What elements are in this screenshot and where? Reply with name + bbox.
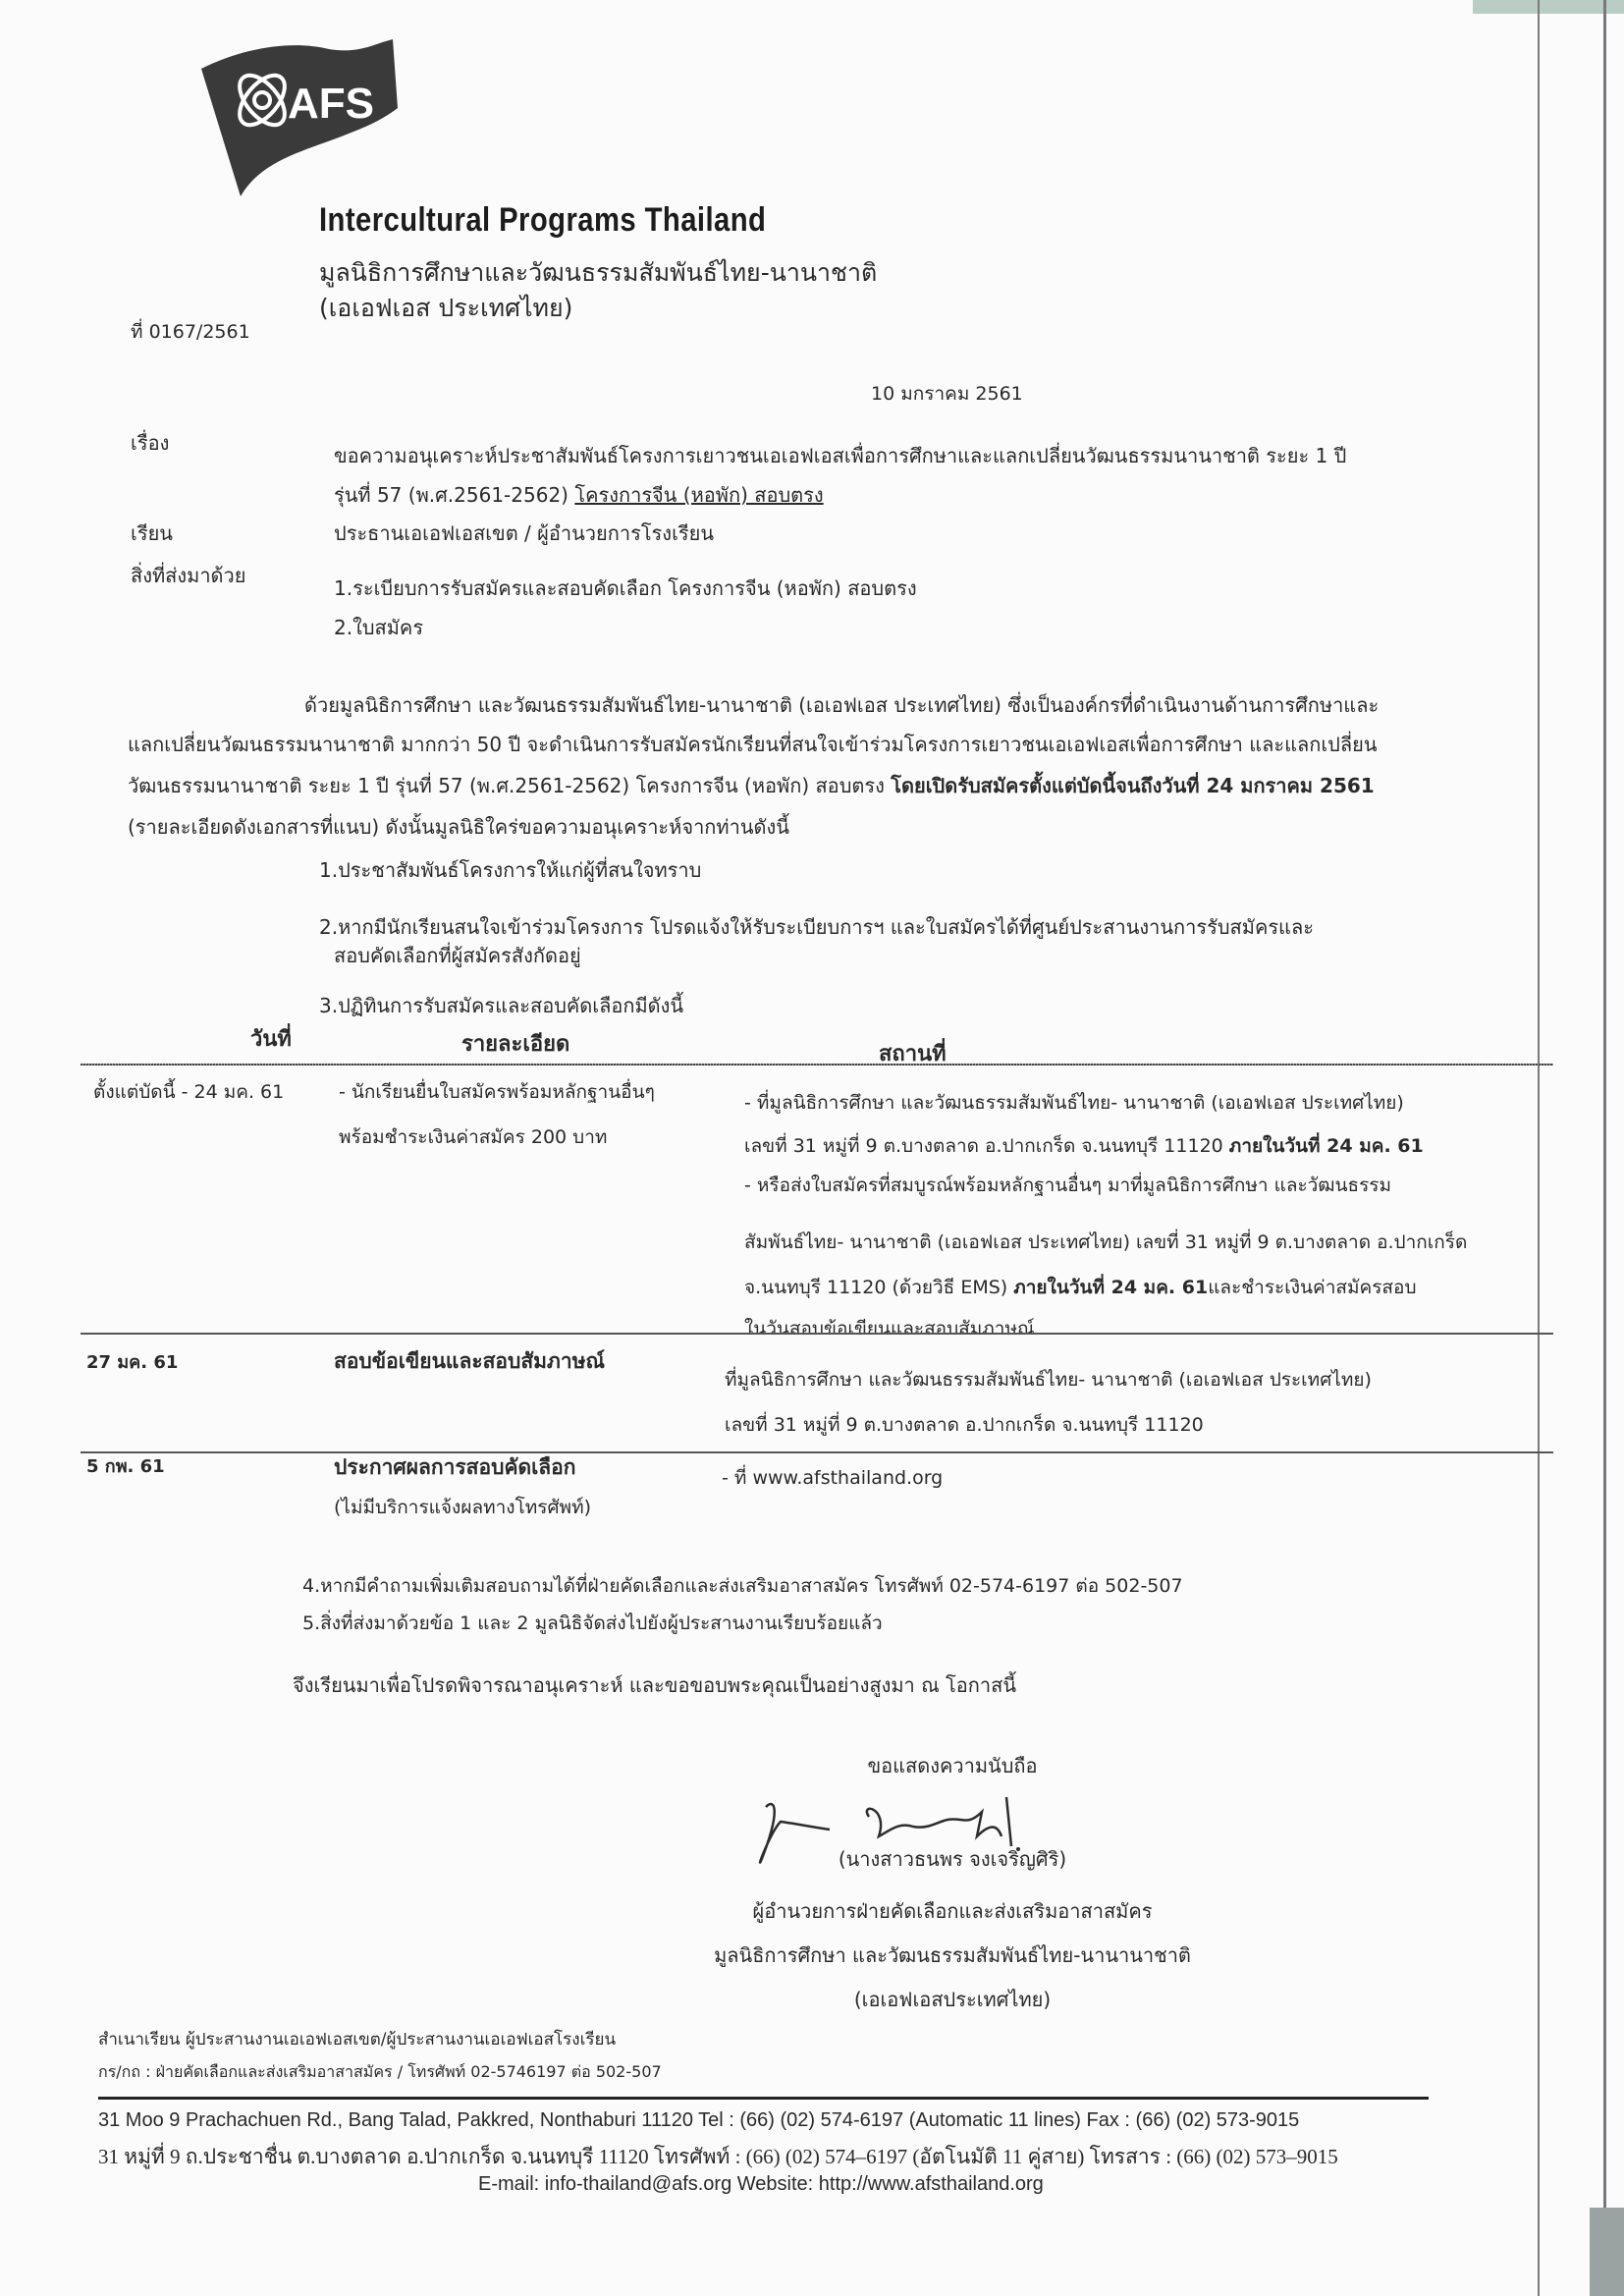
row-detail: - นักเรียนยื่นใบสมัครพร้อมหลักฐานอื่นๆ [339, 1077, 655, 1107]
body-line: แลกเปลี่ยนวัฒนธรรมนานาชาติ มากกว่า 50 ปี… [128, 729, 1378, 760]
signer-title: ผู้อำนวยการฝ่ายคัดเลือกและส่งเสริมอาสาสม… [589, 1895, 1316, 1927]
carbon-copy: สำเนาเรียน ผู้ประสานงานเอเอฟเอสเขต/ผู้ปร… [98, 2026, 616, 2052]
request-item: 2.หากมีนักเรียนสนใจเข้าร่วมโครงการ โปรดแ… [319, 911, 1314, 943]
to-value: ประธานเอเอฟเอสเขต / ผู้อำนวยการโรงเรียน [334, 518, 714, 549]
footer-address-en: 31 Moo 9 Prachachuen Rd., Bang Talad, Pa… [98, 2109, 1299, 2132]
scan-artifact-edge [1590, 2208, 1624, 2296]
row-date: 5 กพ. 61 [86, 1451, 165, 1480]
scan-artifact-band [1473, 0, 1624, 14]
request-item: 3.ปฏิทินการรับสมัครและสอบคัดเลือกมีดังนี… [319, 990, 683, 1021]
table-header-detail: รายละเอียด [461, 1026, 569, 1061]
row-place: สัมพันธ์ไทย- นานาชาติ (เอเอฟเอส ประเทศไท… [744, 1228, 1467, 1257]
table-divider [81, 1333, 1553, 1335]
row-place: - หรือส่งใบสมัครที่สมบูรณ์พร้อมหลักฐานอื… [744, 1171, 1391, 1200]
reference-number: ที่ 0167/2561 [131, 317, 250, 347]
body-line: วัฒนธรรมนานาชาติ ระยะ 1 ปี รุ่นที่ 57 (พ… [128, 770, 1375, 801]
row-place: เลขที่ 31 หมู่ที่ 9 ต.บางตลาด อ.ปากเกร็ด… [744, 1131, 1424, 1161]
deadline-highlight: โดยเปิดรับสมัครตั้งแต่บัดนี้จนถึงวันที่ … [891, 774, 1374, 797]
svg-text:AFS: AFS [288, 80, 374, 128]
row-place: - ที่มูลนิธิการศึกษา และวัฒนธรรมสัมพันธ์… [744, 1088, 1404, 1118]
department-contact: กร/กถ : ฝ่ายคัดเลือกและส่งเสริมอาสาสมัคร… [98, 2060, 662, 2085]
enclosure-item: 1.ระเบียบการรับสมัครและสอบคัดเลือก โครงก… [334, 573, 917, 604]
closing-note: 5.สิ่งที่ส่งมาด้วยข้อ 1 และ 2 มูลนิธิจัด… [302, 1609, 883, 1638]
request-item: 1.ประชาสัมพันธ์โครงการให้แก่ผู้ที่สนใจทร… [319, 854, 701, 886]
row-detail: ประกาศผลการสอบคัดเลือก [334, 1451, 576, 1484]
scan-artifact-line [1603, 0, 1606, 2239]
footer-divider [98, 2097, 1429, 2100]
org-name-th-short: (เอเอฟเอส ประเทศไทย) [319, 289, 572, 328]
to-label: เรียน [131, 518, 173, 549]
signer-org: มูลนิธิการศึกษา และวัฒนธรรมสัมพันธ์ไทย-น… [589, 1940, 1316, 1971]
afs-flag-logo: AFS [201, 29, 398, 196]
closing-regards: ขอแสดงความนับถือ [687, 1750, 1218, 1781]
email-link[interactable]: info-thailand@afs.org [545, 2173, 731, 2195]
subject-label: เรื่อง [131, 427, 169, 459]
project-name: โครงการจีน (หอพัก) สอบตรง [574, 483, 823, 507]
subject-line-2: รุ่นที่ 57 (พ.ศ.2561-2562) โครงการจีน (ห… [334, 479, 824, 511]
row-detail: (ไม่มีบริการแจ้งผลทางโทรศัพท์) [334, 1493, 591, 1522]
footer-address-th: 31 หมู่ที่ 9 ถ.ประชาชื่น ต.บางตลาด อ.ปาก… [98, 2141, 1338, 2173]
website-link[interactable]: http://www.afsthailand.org [819, 2173, 1044, 2195]
row-place-link[interactable]: - ที่ www.afsthailand.org [722, 1463, 943, 1493]
footer-contact: E-mail: info-thailand@afs.org Website: h… [478, 2173, 1044, 2196]
org-name-en: Intercultural Programs Thailand [319, 201, 766, 240]
row-date: ตั้งแต่บัดนี้ - 24 มค. 61 [93, 1077, 284, 1107]
request-item: สอบคัดเลือกที่ผู้สมัครสังกัดอยู่ [334, 940, 581, 971]
enclosures-label: สิ่งที่ส่งมาด้วย [131, 560, 245, 591]
subject-line-1: ขอความอนุเคราะห์ประชาสัมพันธ์โครงการเยาว… [334, 440, 1346, 471]
row-place: ที่มูลนิธิการศึกษา และวัฒนธรรมสัมพันธ์ไท… [725, 1365, 1372, 1394]
row-place: ในวันสอบข้อเขียนและสอบสัมภาษณ์ [744, 1314, 1035, 1343]
table-header-date: วันที่ [250, 1021, 292, 1056]
row-detail: สอบข้อเขียนและสอบสัมภาษณ์ [334, 1345, 605, 1378]
letter-date: 10 มกราคม 2561 [871, 379, 1023, 409]
table-divider [81, 1064, 1553, 1066]
row-date: 27 มค. 61 [86, 1347, 178, 1376]
closing-note: 4.หากมีคำถามเพิ่มเติมสอบถามได้ที่ฝ่ายคัด… [302, 1571, 1183, 1601]
body-line: (รายละเอียดดังเอกสารที่แนบ) ดังนั้นมูลนิ… [128, 811, 789, 843]
row-place: เลขที่ 31 หมู่ที่ 9 ต.บางตลาด อ.ปากเกร็ด… [725, 1410, 1204, 1440]
table-divider [81, 1451, 1553, 1453]
row-place: จ.นนทบุรี 11120 (ด้วยวิธี EMS) ภายในวันท… [744, 1273, 1417, 1302]
row-detail: พร้อมชำระเงินค่าสมัคร 200 บาท [339, 1122, 607, 1152]
org-name-th: มูลนิธิการศึกษาและวัฒนธรรมสัมพันธ์ไทย-นา… [319, 253, 877, 293]
scan-artifact-line [1538, 0, 1540, 2296]
enclosure-item: 2.ใบสมัคร [334, 612, 423, 643]
signer-name: (นางสาวธนพร จงเจริญศิริ) [687, 1843, 1218, 1875]
closing-request: จึงเรียนมาเพื่อโปรดพิจารณาอนุเคราะห์ และ… [293, 1669, 1016, 1701]
body-line: ด้วยมูลนิธิการศึกษา และวัฒนธรรมสัมพันธ์ไ… [304, 689, 1379, 721]
signer-org-short: (เอเอฟเอสประเทศไทย) [589, 1984, 1316, 2015]
